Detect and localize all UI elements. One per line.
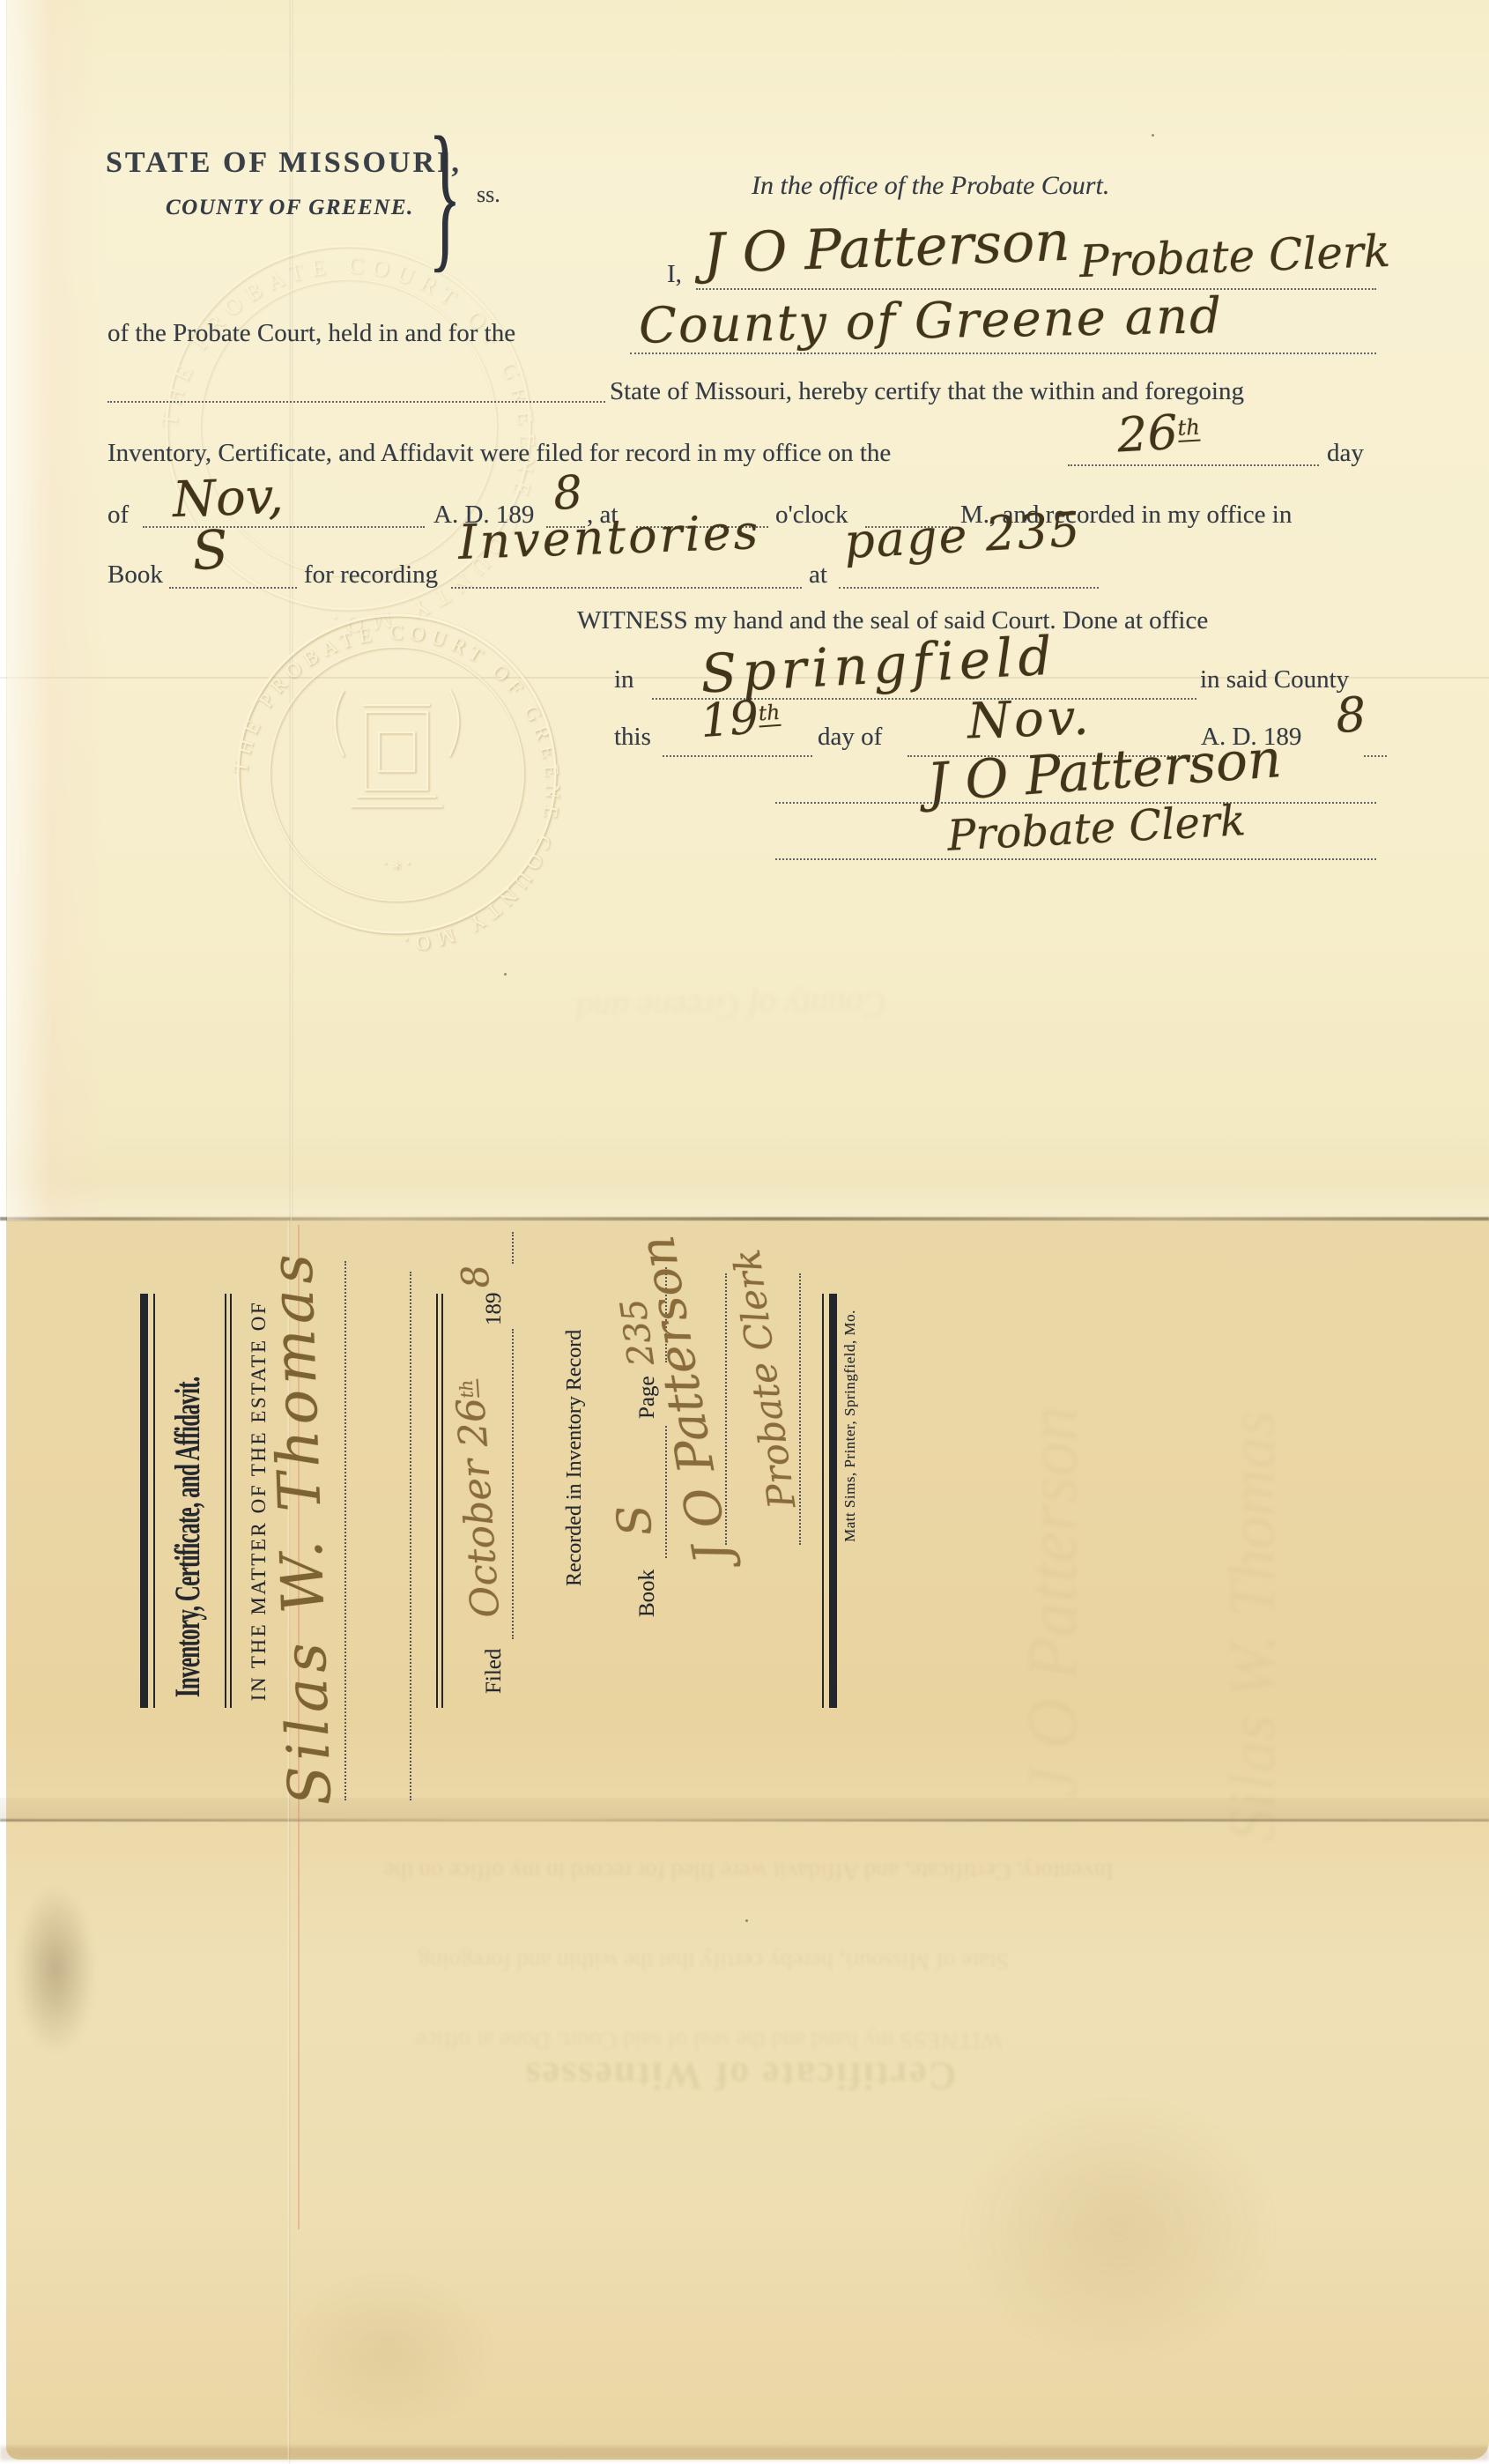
printer-line: Matt Sims, Printer, Springfield, Mo. — [841, 1280, 859, 1571]
handwritten-month2: Nov. — [967, 689, 1093, 751]
endorsement-top-thick-rule — [140, 1294, 148, 1708]
rule — [441, 1294, 443, 1708]
endorsement-top-thin-rule — [153, 1294, 155, 1708]
rule — [230, 1294, 232, 1708]
blank-line — [839, 587, 1099, 589]
handwritten-this-day: 19th — [699, 690, 782, 748]
endorsement-title: Inventory, Certificate, and Affidavit. — [167, 1377, 208, 1697]
county-title: COUNTY OF GREENE. — [166, 196, 414, 220]
stain — [960, 2097, 1278, 2362]
endorsement-panel: Inventory, Certificate, and Affidavit. I… — [137, 1206, 859, 1849]
i-label: I, — [667, 260, 682, 289]
rule — [225, 1294, 226, 1708]
handwritten-year2: 8 — [1334, 687, 1368, 744]
day-of-label: day of — [818, 723, 882, 752]
signature-line — [775, 858, 1376, 860]
filed-blank — [512, 1329, 514, 1639]
book-word: Book — [107, 560, 163, 590]
blank-line — [663, 755, 812, 757]
ss-label: ss. — [477, 182, 500, 208]
blank-line — [512, 1232, 514, 1264]
handwritten-endorse-sig-title: Probate Clerk — [725, 1246, 804, 1511]
in-word: in — [614, 665, 634, 694]
scanned-document-page: THE PROBATE COURT OF GREENE COUNTY MO. T… — [0, 0, 1489, 2464]
handwritten-book-letter: S — [190, 519, 231, 583]
speck — [745, 1919, 748, 1922]
handwritten-estate-name: Silas W. Thomas — [256, 1222, 345, 1832]
at-word2: at — [809, 560, 827, 590]
of-word: of — [107, 501, 129, 530]
blank-line — [1364, 755, 1387, 757]
signature-line — [725, 1273, 727, 1545]
handwritten-filed-date: October 26th — [448, 1378, 509, 1620]
rule — [436, 1294, 438, 1708]
held-line: of the Probate Court, held in and for th… — [107, 319, 515, 348]
signature-line — [775, 802, 1376, 804]
filed-label: Filed — [482, 1649, 507, 1694]
blank-line — [410, 1272, 411, 1800]
state-title: STATE OF MISSOURI, — [106, 146, 462, 180]
speck — [504, 973, 507, 976]
endorsement-bottom-thin-rule — [822, 1294, 824, 1708]
endorsement-bottom-thick-rule — [829, 1294, 837, 1708]
blank-line — [107, 401, 605, 403]
blank-line — [169, 587, 297, 589]
for-recording-label: for recording — [304, 560, 438, 590]
recorded-line: Recorded in Inventory Record — [563, 1330, 587, 1586]
state-certify-line: State of Missouri, hereby certify that t… — [610, 377, 1244, 406]
handwritten-month: Nov, — [172, 468, 285, 529]
handwritten-book-letter: S — [607, 1502, 663, 1539]
oclock-label: o'clock — [775, 501, 848, 530]
handwritten-county-fill: County of Greene and — [638, 287, 1223, 355]
filed-year-print: 189 — [482, 1293, 507, 1326]
handwritten-filed-day: 26th — [1115, 404, 1201, 464]
estate-name-line — [344, 1261, 346, 1800]
blank-line — [696, 288, 1376, 290]
signature-line — [799, 1273, 801, 1545]
office-line: In the office of the Probate Court. — [752, 171, 1109, 201]
blank-line — [451, 587, 802, 589]
speck — [1152, 134, 1154, 137]
handwritten-clerk-name: J O Patterson — [702, 209, 1071, 286]
filed-line: Inventory, Certificate, and Affidavit we… — [107, 439, 891, 468]
handwritten-record-name: Inventories — [457, 504, 761, 570]
brace-glyph: } — [428, 129, 462, 261]
witness-line: WITNESS my hand and the seal of said Cou… — [577, 606, 1208, 635]
said-county-label: in said County — [1200, 665, 1349, 694]
handwritten-clerk-title: Probate Clerk — [1078, 226, 1391, 287]
handwritten-filed-year: 8 — [453, 1263, 498, 1290]
blank-line — [1068, 464, 1319, 466]
stain — [282, 2274, 493, 2432]
book-label: Book — [635, 1570, 660, 1617]
stain — [16, 1886, 95, 2053]
day-word: day — [1327, 439, 1364, 468]
this-word: this — [614, 723, 651, 752]
